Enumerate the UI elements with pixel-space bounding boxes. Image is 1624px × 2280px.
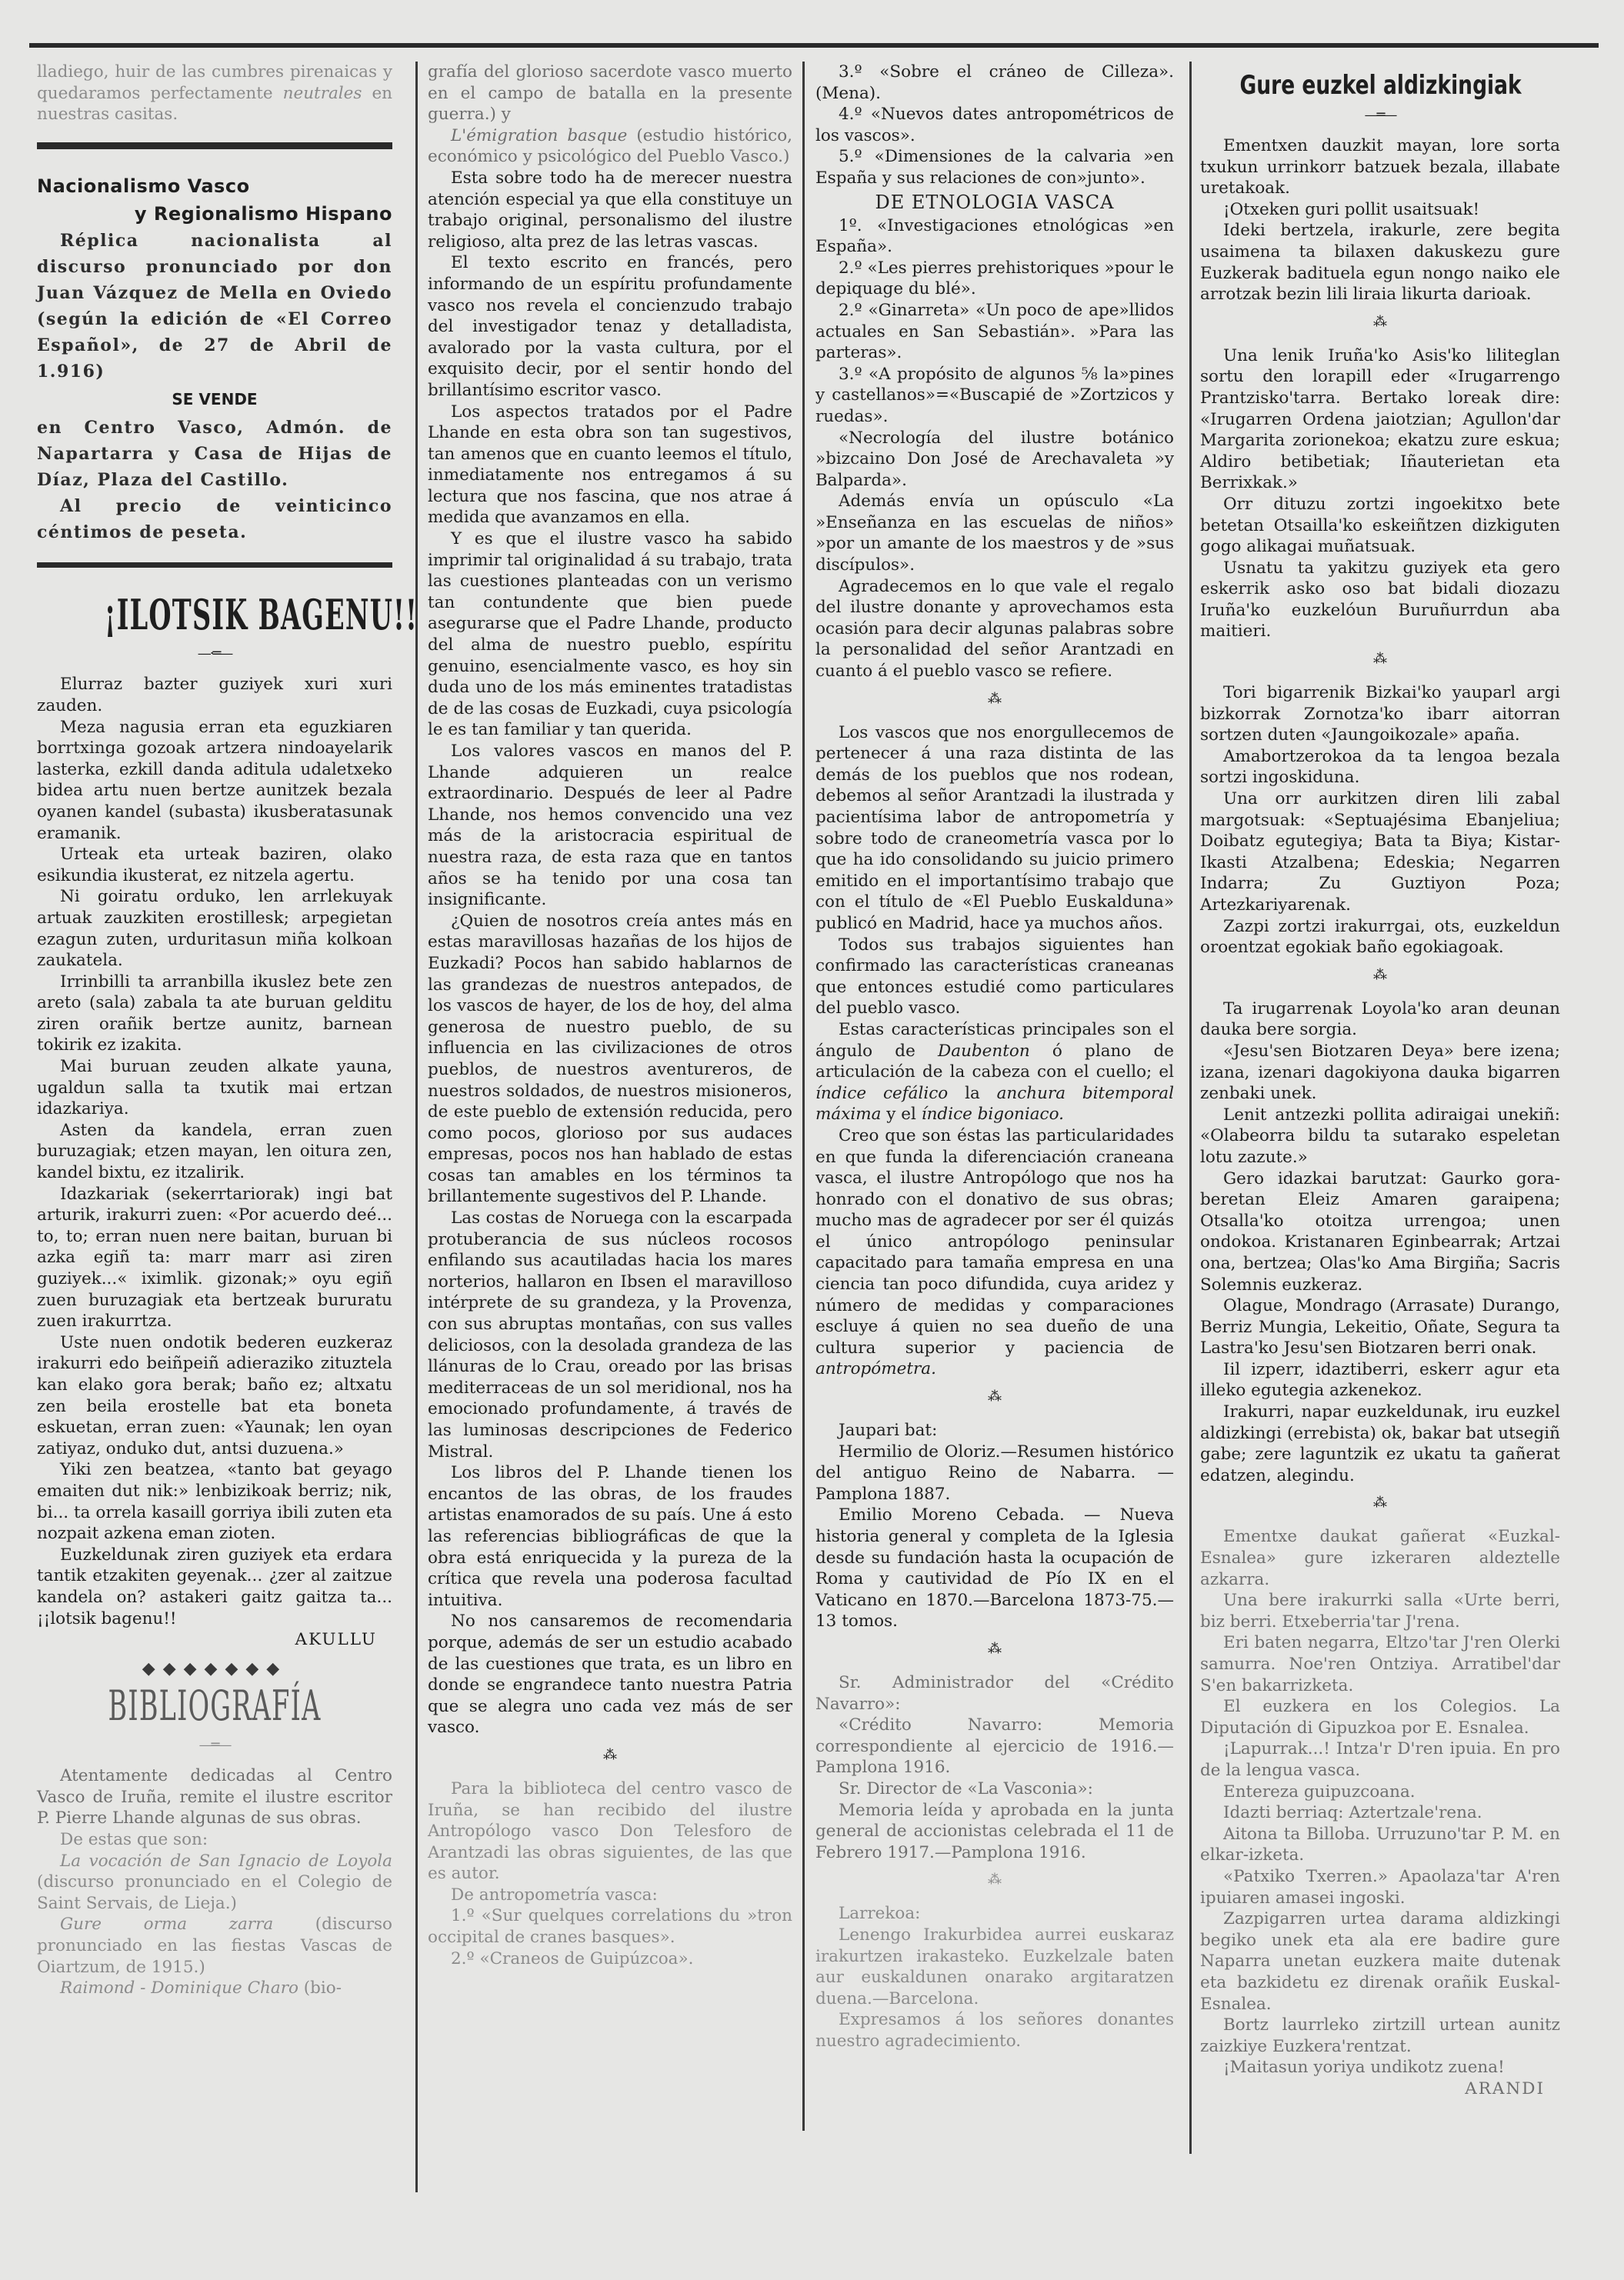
larrekoa-text: Lenengo Irakurbidea aurrei euskaraz irak…	[815, 1925, 1174, 2009]
c3-paragraphs: Además envía un opúsculo «La »Enseñanza …	[815, 491, 1174, 682]
story-paragraph: Meza nagusia erran eta eguzkiaren borrtx…	[37, 717, 392, 845]
library-item: 2.º «Craneos de Guipúzcoa».	[428, 1948, 792, 1970]
asterism: ⁂	[1200, 316, 1560, 328]
emigration-title: L'émigration basque	[451, 126, 627, 145]
review-paragraph: Los valores vascos en manos del P. Lhand…	[428, 741, 792, 911]
review-paragraph: Entereza guipuzcoana.	[1200, 1782, 1560, 1803]
bibliografia-work: La vocación de San Ignacio de Loyola (di…	[37, 1851, 392, 1915]
arantzadi-body: Los vascos que nos enorgullecemos de per…	[815, 722, 1174, 1019]
ad-price: Al precio de veinticinco céntimos de pes…	[37, 493, 392, 545]
fragment-italic: neutrales	[283, 84, 362, 103]
asterism: ⁂	[1200, 969, 1560, 982]
title-divider: —·═—	[37, 646, 392, 662]
intro-paragraph: ¡Otxeken guri pollit usaitsuak!	[1200, 199, 1560, 221]
ad-where: en Centro Vasco, Admón. de Napartarra y …	[37, 415, 392, 493]
review-paragraph: El texto escrito en francés, pero inform…	[428, 252, 792, 401]
article-signature: ARANDI	[1200, 2078, 1560, 2100]
story-paragraph: Irrinbilli ta arranbilla ikuslez bete ze…	[37, 972, 392, 1056]
review-paragraph: Zazpi zortzi irakurrgai, ots, euzkeldun …	[1200, 916, 1560, 958]
ad-title-line2: y Regionalismo Hispano	[37, 200, 392, 228]
donation-paragraph: Además envía un opúsculo «La »Enseñanza …	[815, 491, 1174, 575]
intro-paragraph: Ementxen dauzkit mayan, lore sorta txuku…	[1200, 135, 1560, 199]
review-paragraph: Las costas de Noruega con la escarpada p…	[428, 1208, 792, 1462]
library-items: 1.º «Sur quelques correlations du »tron …	[428, 1905, 792, 1969]
work-note: (discurso pronunciado en el Colegio de S…	[37, 1872, 392, 1913]
section-2: Tori bigarrenik Bizkai'ko yauparl argi b…	[1200, 682, 1560, 958]
review-paragraph: Olague, Mondrago (Arrasate) Durango, Ber…	[1200, 1295, 1560, 1359]
library-intro: Para la biblioteca del centro vasco de I…	[428, 1778, 792, 1885]
italic-term: Daubenton	[938, 1042, 1030, 1061]
review-paragraph: Amabortzerokoa da ta lengoa bezala sortz…	[1200, 746, 1560, 788]
section-rule	[37, 562, 392, 568]
arantzadi-paragraph: Todos sus trabajos siguientes han confir…	[815, 935, 1174, 1019]
column-3: 3.º «Sobre el cráneo de Cilleza». (Mena)…	[815, 62, 1174, 2052]
thanks-text: Expresamos á los señores donantes nuestr…	[815, 2009, 1174, 2052]
review-paragraph: ¡Lapurrak...! Intza'r D'ren ipuia. En pr…	[1200, 1738, 1560, 1781]
review-paragraph: Aitona ta Billoba. Urruzuno'tar P. M. en…	[1200, 1824, 1560, 1866]
story-paragraph: Elurraz bazter guziyek xuri xuri zauden.	[37, 674, 392, 716]
intro-paragraph: Ideki bertzela, irakurle, zere begita us…	[1200, 220, 1560, 305]
review-paragraph: El euzkera en los Colegios. La Diputació…	[1200, 1696, 1560, 1738]
etnologia-item: «Necrología del ilustre botánico »bizcai…	[815, 428, 1174, 492]
bibliografia-intro: Atentamente dedicadas al Centro Vasco de…	[37, 1765, 392, 1829]
section-rule	[37, 142, 392, 149]
jaupari-items: Hermilio de Oloriz.—Resumen histórico de…	[815, 1442, 1174, 1632]
credito-entry: Memoria leída y aprobada en la junta gen…	[815, 1800, 1174, 1864]
italic-term: antropómetra.	[815, 1359, 936, 1378]
jaupari-item: Emilio Moreno Cebada. — Nueva historia g…	[815, 1505, 1174, 1632]
review-paragraph: «Patxiko Txerren.» Apaolaza'tar A'ren ip…	[1200, 1866, 1560, 1908]
review-paragraph: ¡Maitasun yoriya undikotz zuena!	[1200, 2057, 1560, 2078]
review-paragraph: Bortz laurrleko zirtzill urtean aunitz z…	[1200, 2015, 1560, 2057]
work-title: Raimond - Dominique Charo	[60, 1978, 298, 1998]
gure-euzkel-title: Gure euzkel aldizkingiak	[1239, 68, 1520, 103]
text: Creo que son éstas las particularidades …	[815, 1126, 1174, 1358]
review-paragraph: No nos cansaremos de recomendaria porque…	[428, 1611, 792, 1738]
column-divider	[415, 62, 418, 2192]
intro-body: Ementxen dauzkit mayan, lore sorta txuku…	[1200, 135, 1560, 305]
book-ad: Nacionalismo Vasco y Regionalismo Hispan…	[37, 172, 392, 546]
library-item: 1.º «Sur quelques correlations du »tron …	[428, 1905, 792, 1948]
credito-entries: Sr. Administrador del «Crédito Navarro»:…	[815, 1672, 1174, 1863]
review-paragraph: Tori bigarrenik Bizkai'ko yauparl argi b…	[1200, 682, 1560, 746]
bibliografia: BIBLIOGRAFÍA —═— Atentamente dedicadas a…	[37, 1679, 392, 1999]
review-paragraph: Zazpigarren urtea darama aldizkingi begi…	[1200, 1908, 1560, 2015]
asterism: ⁂	[815, 693, 1174, 705]
story-body: Elurraz bazter guziyek xuri xuri zauden.…	[37, 674, 392, 1629]
story-paragraph: Urteak eta urteak baziren, olako esikund…	[37, 844, 392, 886]
italic-term: índice cefálico	[815, 1084, 948, 1103]
review-paragraph: Eri baten negarra, Eltzo'tar J'ren Olerk…	[1200, 1632, 1560, 1696]
review-paragraph: Irakurri, napar euzkeldunak, iru euzkel …	[1200, 1402, 1560, 1486]
previous-article-fragment: lladiego, huir de las cumbres pirenaicas…	[37, 62, 392, 125]
story-paragraph: Euzkeldunak ziren guziyek eta erdara tan…	[37, 1545, 392, 1629]
ad-title-line1: Nacionalismo Vasco	[37, 172, 392, 200]
review-paragraph: «Jesu'sen Biotzaren Deya» bere izena; iz…	[1200, 1041, 1560, 1105]
library-heading: De antropometría vasca:	[428, 1885, 792, 1906]
antropometria-item: 4.º «Nuevos dates antropométricos de los…	[815, 104, 1174, 146]
ad-description: Réplica nacionalista al discurso pronunc…	[37, 228, 392, 385]
section-4: Ementxe daukat gañerat «Euzkal-Esnalea» …	[1200, 1526, 1560, 2078]
asterism: ⁂	[1200, 653, 1560, 665]
column-1: lladiego, huir de las cumbres pirenaicas…	[37, 62, 392, 1999]
story-title: ¡ILOTSIK BAGENU!!	[105, 588, 325, 642]
bibliografia-work: Gure orma zarra (discurso pronunciado en…	[37, 1914, 392, 1978]
larrekoa: Larrekoa: Lenengo Irakurbidea aurrei eus…	[815, 1903, 1174, 2052]
jaupari-heading: Jaupari bat:	[815, 1420, 1174, 1442]
section-3: Ta irugarrenak Loyola'ko aran deunan dau…	[1200, 998, 1560, 1487]
italic-term: índice bigoniaco.	[922, 1105, 1064, 1124]
story-paragraph: Yiki zen beatzea, «tanto bat geyago emai…	[37, 1459, 392, 1544]
etnologia-heading: DE ETNOLOGIA VASCA	[815, 189, 1174, 215]
review-paragraph: Una orr aurkitzen diren lili zabal margo…	[1200, 788, 1560, 916]
text: y el	[886, 1105, 916, 1124]
bibliografia-works: La vocación de San Ignacio de Loyola (di…	[37, 1851, 392, 1999]
review-paragraph: Idazti berriaq: Aztertzale'rena.	[1200, 1802, 1560, 1824]
continuation-text: grafía del glorioso sacerdote vasco muer…	[428, 62, 792, 125]
donation-paragraph: Agradecemos en lo que vale el regalo del…	[815, 576, 1174, 682]
arantzadi-paragraph: Los vascos que nos enorgullecemos de per…	[815, 722, 1174, 935]
review-paragraph: Y es que el ilustre vasco ha sabido impr…	[428, 528, 792, 741]
review-body: Esta sobre todo ha de merecer nuestra at…	[428, 168, 792, 1738]
story-paragraph: Idazkariak (sekerrtariorak) ingi bat art…	[37, 1184, 392, 1332]
work-title: La vocación de San Ignacio de Loyola	[60, 1852, 392, 1871]
work-title: Gure orma zarra	[60, 1915, 273, 1934]
review-paragraph: Orr dituzu zortzi ingoekitxo bete beteta…	[1200, 494, 1560, 558]
etnologia-item: 3.º «A propósito de algunos ⅝ la»pines y…	[815, 364, 1174, 428]
credito-entry: «Crédito Navarro: Memoria correspondient…	[815, 1715, 1174, 1778]
review-paragraph: Los aspectos tratados por el Padre Lhand…	[428, 402, 792, 529]
etnologia-item: 1º. «Investigaciones etnológicas »en Esp…	[815, 215, 1174, 258]
larrekoa-heading: Larrekoa:	[815, 1903, 1174, 1925]
section-1: Una lenik Iruña'ko Asis'ko liliteglan so…	[1200, 345, 1560, 642]
story-signature: AKULLU	[37, 1629, 392, 1651]
asterism: ⁂	[815, 1874, 1174, 1886]
work-note: (bio-	[298, 1978, 342, 1998]
asterism: ⁂	[815, 1643, 1174, 1655]
asterism: ⁂	[428, 1749, 792, 1762]
etnologia-items: 1º. «Investigaciones etnológicas »en Esp…	[815, 215, 1174, 492]
column-4: Gure euzkel aldizkingiak —═— Ementxen da…	[1200, 62, 1560, 2099]
emigration-entry: L'émigration basque (estudio histórico, …	[428, 125, 792, 168]
credito-entry: Sr. Director de «La Vasconia»:	[815, 1778, 1174, 1800]
antropometria-item: 5.º «Dimensiones de la calvaria »en Espa…	[815, 146, 1174, 188]
column-divider	[1189, 62, 1192, 2154]
library-donation: Para la biblioteca del centro vasco de I…	[428, 1778, 792, 1969]
story-ilotsik: ¡ILOTSIK BAGENU!! —·═— Elurraz bazter gu…	[37, 588, 392, 1650]
credito-entry: Sr. Administrador del «Crédito Navarro»:	[815, 1672, 1174, 1715]
creo-paragraph: Creo que son éstas las particularidades …	[815, 1125, 1174, 1380]
review-paragraph: Usnatu ta yakitzu guziyek eta gero esker…	[1200, 558, 1560, 642]
story-paragraph: Mai buruan zeuden alkate yauna, ugaldun …	[37, 1056, 392, 1120]
leaf-ornament-row: ◆◆◆◆◆◆◆	[37, 1658, 392, 1680]
column-divider	[802, 62, 805, 2131]
etnologia-item: 2.º «Les pierres prehistoriques »pour le…	[815, 258, 1174, 300]
review-paragraph: Los libros del P. Lhande tienen los enca…	[428, 1462, 792, 1611]
asterism: ⁂	[1200, 1497, 1560, 1509]
text: la	[965, 1084, 980, 1103]
review-paragraph: Ementxe daukat gañerat «Euzkal-Esnalea» …	[1200, 1526, 1560, 1590]
review-paragraph: Lenit antzezki pollita adiraigai unekiñ:…	[1200, 1105, 1560, 1168]
review-paragraph: Gero idazkai barutzat: Gaurko gora-beret…	[1200, 1168, 1560, 1296]
review-paragraph: Una lenik Iruña'ko Asis'ko liliteglan so…	[1200, 345, 1560, 494]
title-divider: —═—	[37, 1738, 392, 1753]
etnologia-item: 2.º «Ginarreta» «Un poco de ape»llidos a…	[815, 300, 1174, 364]
review-paragraph: Ta irugarrenak Loyola'ko aran deunan dau…	[1200, 998, 1560, 1041]
antropometria-item: 3.º «Sobre el cráneo de Cilleza». (Mena)…	[815, 62, 1174, 104]
antropometria-items: 3.º «Sobre el cráneo de Cilleza». (Mena)…	[815, 62, 1174, 189]
asterism: ⁂	[815, 1391, 1174, 1403]
story-paragraph: Ni goiratu orduko, len arrlekuyak artuak…	[37, 886, 392, 971]
story-paragraph: Asten da kandela, erran zuen buruzagiak;…	[37, 1120, 392, 1184]
review-paragraph: Esta sobre todo ha de merecer nuestra at…	[428, 168, 792, 252]
review-paragraph: Iil izperr, idaztiberri, eskerr agur eta…	[1200, 1359, 1560, 1402]
bibliografia-title: BIBLIOGRAFÍA	[105, 1679, 325, 1733]
story-paragraph: Uste nuen ondotik bederen euzkeraz iraku…	[37, 1332, 392, 1460]
title-divider: —═—	[1200, 108, 1560, 123]
ad-se-vende: SE VENDE	[37, 389, 392, 411]
column-2: grafía del glorioso sacerdote vasco muer…	[428, 62, 792, 1969]
bibliografia-de-estas: De estas que son:	[37, 1829, 392, 1851]
top-rule	[29, 43, 1599, 48]
jaupari-item: Hermilio de Oloriz.—Resumen histórico de…	[815, 1442, 1174, 1505]
review-paragraph: ¿Quien de nosotros creía antes más en es…	[428, 911, 792, 1208]
caracteristicas-paragraph: Estas características principales son el…	[815, 1019, 1174, 1125]
bibliografia-work: Raimond - Dominique Charo (bio-	[37, 1978, 392, 1999]
review-paragraph: Una bere irakurrki salla «Urte berri, bi…	[1200, 1590, 1560, 1632]
